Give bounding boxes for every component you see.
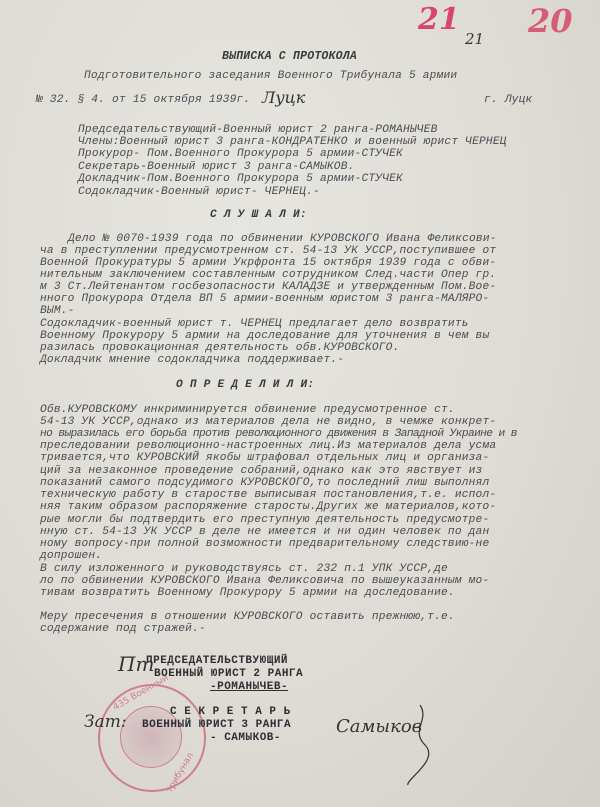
text-line: ВЫМ.-	[40, 305, 75, 317]
secretary-handwritten-prefix: Зат:	[84, 712, 127, 732]
stamp-text-bottom: трибунал	[165, 751, 196, 795]
text-line: тивам возвратить Военному Прокурору 5 ар…	[40, 587, 455, 599]
composition-line: Председательствующий-Военный юрист 2 ран…	[78, 124, 438, 136]
text-line: допрошен.	[40, 550, 102, 562]
text-line: нительным заключением составленным сотру…	[40, 269, 496, 281]
chair-rank: ВОЕННЫЙ ЮРИСТ 2 РАНГА	[154, 668, 303, 680]
text-line: нную ст. 54-13 УК УССР в деле не имеется…	[40, 526, 489, 538]
composition-line: Докладчик-Пом.Военного Прокурора 5 армии…	[78, 173, 403, 185]
text-line: ча в преступлении предусмотренном ст. 54…	[40, 245, 496, 257]
document-title: ВЫПИСКА С ПРОТОКОЛА	[222, 50, 357, 63]
composition-line: Секретарь-Военный юрист 3 ранга-САМЫКОВ.	[78, 161, 355, 173]
document-subtitle: Подготовительного заседания Военного Три…	[84, 70, 457, 82]
text-line: техническую работу в старостве выписывая…	[40, 489, 496, 501]
document-page: 21 20 21 ВЫПИСКА С ПРОТОКОЛА Подготовите…	[0, 0, 600, 807]
text-line: ло по обвинении КУРОВСКОГО Ивана Феликсо…	[40, 575, 489, 587]
text-line: Дело № 0070-1939 года по обвинении КУРОВ…	[68, 233, 497, 245]
text-line: Военному Прокурору 5 армии на доследован…	[40, 330, 489, 342]
secretary-title: С Е К Р Е Т А Р Ь	[170, 706, 291, 718]
composition-line: Члены:Военный юрист 3 ранга-КОНДРАТЕНКО …	[78, 136, 507, 148]
pencil-page-number: 21	[465, 30, 484, 48]
chair-title: ПРЕДСЕДАТЕЛЬСТВУЮЩИЙ	[146, 655, 288, 667]
protocol-number: № 32. § 4. от 15 октября 1939г.	[36, 94, 250, 106]
text-line: содержание под стражей.-	[40, 623, 206, 635]
text-line: Обв.КУРОВСКОМУ инкриминируется обвинение…	[40, 404, 455, 416]
handwritten-inline-note: Луцк	[262, 88, 305, 107]
archive-number-right: 20	[528, 2, 573, 40]
chair-name: -РОМАНЫЧЕВ-	[210, 681, 288, 693]
text-line: няя таким образом распоряжение старосты.…	[40, 501, 496, 513]
composition-line: Прокурор- Пом.Военного Прокурора 5 армии…	[78, 148, 403, 160]
secretary-name: - САМЫКОВ-	[210, 732, 281, 744]
text-line: разилась провокационная деятельность обв…	[40, 342, 400, 354]
text-line: тривается,что КУРОВСКИЙ якобы штрафовал …	[40, 452, 489, 464]
text-line: Меру пресечения в отношении КУРОВСКОГО о…	[40, 611, 455, 623]
text-line: В силу изложенного и руководствуясь ст. …	[40, 563, 448, 575]
section-heading-heard: С Л У Ш А Л И:	[210, 209, 307, 221]
archive-number-left: 21	[418, 2, 460, 37]
text-line: нного Прокурора Отдела ВП 5 армии-военны…	[40, 293, 489, 305]
text-line: преследовании революционно-настроенных л…	[40, 440, 496, 452]
text-line: показаний самого подсудимого КУРОВСКОГО,…	[40, 477, 489, 489]
text-line: рые могли бы подтвердить его преступную …	[40, 514, 489, 526]
text-line: Докладчик мнение содокладчика поддержива…	[40, 354, 344, 366]
text-line: ному вопросу-при полной возможности пред…	[40, 538, 489, 550]
text-line: но выразилась его борьба против революци…	[40, 428, 517, 440]
secretary-rank: ВОЕННЫЙ ЮРИСТ 3 РАНГА	[142, 719, 291, 731]
signature-flourish-icon	[400, 700, 440, 790]
text-line: м 3 Ст.Лейтенантом госбезопасности КАЛАД…	[40, 281, 496, 293]
text-line: Содокладчик-военный юрист т. ЧЕРНЕЦ пред…	[40, 318, 469, 330]
section-heading-decided: О П Р Е Д Е Л И Л И:	[176, 379, 314, 391]
text-line: ций за незаконное проведение собраний,од…	[40, 465, 482, 477]
text-line: 54-13 УК УССР,однако из материалов дела …	[40, 416, 496, 428]
text-line: Военной Прокуратуры 5 армии Укрфронта 15…	[40, 257, 496, 269]
tribunal-seal-stamp: 435 Военный трибунал	[98, 684, 206, 792]
document-city: г. Луцк	[484, 94, 532, 106]
composition-line: Содокладчик-Военный юрист- ЧЕРНЕЦ.-	[78, 186, 320, 198]
